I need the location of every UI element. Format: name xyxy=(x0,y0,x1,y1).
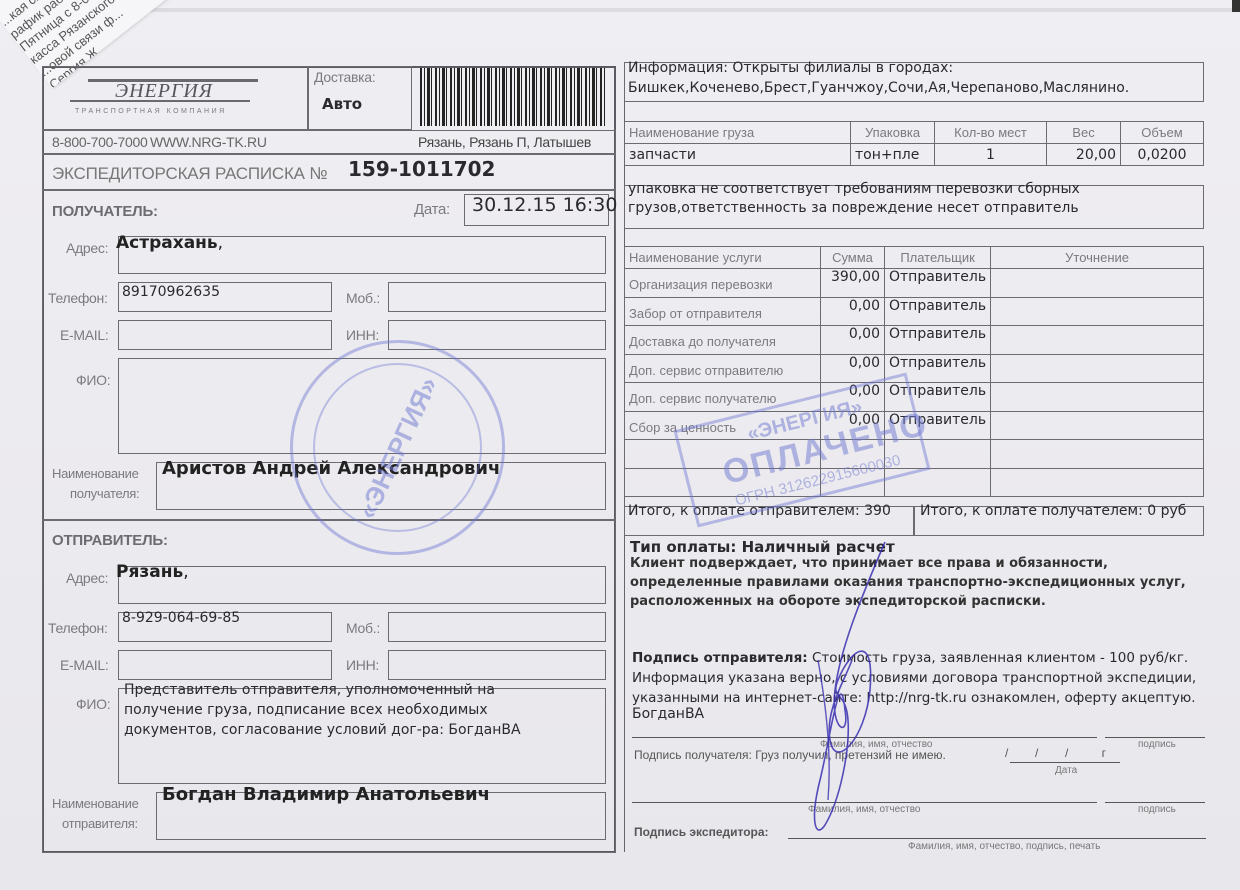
scan-corner xyxy=(1232,0,1240,12)
recipient-name-label-1: Наименование xyxy=(52,466,139,481)
table-row: Забор от отправителя0,00Отправитель xyxy=(625,297,1204,326)
page-edge xyxy=(0,8,1240,12)
services-col-note: Уточнение xyxy=(991,247,1204,269)
logo-subtitle: ТРАНСПОРТНАЯ КОМПАНИЯ xyxy=(75,108,227,115)
recipient-date-template: / / / г xyxy=(1005,746,1106,760)
recipient-sign-line xyxy=(1105,802,1205,803)
recipient-sign-caption: подпись xyxy=(1138,804,1176,815)
sender-phone-value: 8-929-064-69-85 xyxy=(122,610,240,626)
sender-sign-caption: подпись xyxy=(1138,739,1176,750)
handwritten-signature xyxy=(790,540,900,850)
total-recipient: Итого, к оплате получателем: 0 руб xyxy=(920,503,1202,519)
services-col-sum: Сумма xyxy=(821,247,885,269)
date-value: 30.12.15 16:30 xyxy=(472,194,617,216)
sender-email-field[interactable] xyxy=(118,650,332,680)
recipient-inn-label: ИНН: xyxy=(346,327,379,343)
forwarder-caption: Фамилия, имя, отчество, подпись, печать xyxy=(908,841,1100,852)
table-row: Организация перевозки390,00Отправитель xyxy=(625,269,1204,298)
recipient-name-label-2: получателя: xyxy=(70,486,139,501)
company-logo: ЭНЕРГИЯ ТРАНСПОРТНАЯ КОМПАНИЯ xyxy=(70,76,265,124)
round-stamp-text: «ЭНЕРГИЯ» xyxy=(351,372,444,524)
payment-terms: Клиент подверждает, что принимает все пр… xyxy=(630,554,1190,611)
services-header-row: Наименование услуги Сумма Плательщик Уто… xyxy=(625,247,1204,269)
sender-phone-label: Телефон: xyxy=(48,620,108,636)
services-col-name: Наименование услуги xyxy=(625,247,821,269)
sender-signature-block: Подпись отправителя: Стоимость груза, за… xyxy=(632,648,1202,708)
recipient-email-label: E-MAIL: xyxy=(60,327,108,343)
sender-inn-field[interactable] xyxy=(388,650,606,680)
barcode xyxy=(420,68,606,126)
sender-address-label: Адрес: xyxy=(66,570,108,586)
cargo-col-packaging: Упаковка xyxy=(851,122,935,144)
round-stamp: «ЭНЕРГИЯ» xyxy=(290,340,505,555)
recipient-email-field[interactable] xyxy=(118,320,332,350)
recipient-mobile-field[interactable] xyxy=(388,282,606,312)
date-label: Дата: xyxy=(414,201,450,218)
sender-name-label-1: Наименование xyxy=(52,796,139,811)
cargo-col-weight: Вес xyxy=(1047,122,1121,144)
delivery-label: Доставка: xyxy=(314,69,375,85)
recipient-address-label: Адрес: xyxy=(66,240,108,256)
route: Рязань, Рязань П, Латышев xyxy=(418,134,591,150)
forwarder-signature-label: Подпись экспедитора: xyxy=(634,825,769,839)
sender-address-value: Рязань, xyxy=(116,562,189,582)
cargo-col-places: Кол-во мест xyxy=(935,122,1047,144)
sender-signature-label: Подпись отправителя: xyxy=(632,650,808,666)
table-row: Доп. сервис отправителю0,00Отправитель xyxy=(625,354,1204,383)
sender-fio-label: ФИО: xyxy=(76,696,110,712)
receipt-title: ЭКСПЕДИТОРСКАЯ РАСПИСКА № xyxy=(52,164,327,184)
company-phone: 8-800-700-7000 xyxy=(52,134,147,150)
sender-title: ОТПРАВИТЕЛЬ: xyxy=(52,532,168,549)
sender-inn-label: ИНН: xyxy=(346,657,379,673)
sender-sign-line xyxy=(1105,737,1205,738)
sender-signature-name: БогданВА xyxy=(632,706,704,722)
sender-mobile-label: Моб.: xyxy=(346,620,380,636)
delivery-value: Авто xyxy=(322,95,362,113)
packaging-note: упаковка не соответствует требованиям пе… xyxy=(628,180,1148,218)
cargo-table: Наименование груза Упаковка Кол-во мест … xyxy=(624,121,1204,166)
sender-fio-value: Представитель отправителя, уполномоченны… xyxy=(124,680,534,740)
recipient-phone-label: Телефон: xyxy=(48,290,108,306)
cargo-col-name: Наименование груза xyxy=(625,122,851,144)
receipt-number: 159-1011702 xyxy=(348,157,495,181)
info-line-2: Бишкек,Коченево,Брест,Гуанчжоу,Сочи,Ая,Ч… xyxy=(628,80,1129,96)
recipient-fio-label: ФИО: xyxy=(76,372,110,388)
recipient-address-value: Астрахань, xyxy=(116,233,223,253)
table-row: Доставка до получателя0,00Отправитель xyxy=(625,326,1204,355)
company-website: WWW.NRG-TK.RU xyxy=(150,134,267,150)
recipient-mobile-label: Моб.: xyxy=(346,290,380,306)
sender-mobile-field[interactable] xyxy=(388,612,606,642)
recipient-date-line xyxy=(1010,762,1120,763)
recipient-phone-value: 89170962635 xyxy=(122,284,220,300)
cargo-col-volume: Объем xyxy=(1121,122,1204,144)
table-row: запчасти тон+пле 1 20,00 0,0200 xyxy=(625,144,1204,166)
sender-name-label-2: отправителя: xyxy=(62,816,138,831)
sender-name-value: Богдан Владимир Анатольевич xyxy=(162,784,490,805)
sender-address-field[interactable] xyxy=(118,566,606,604)
recipient-date-caption: Дата xyxy=(1055,765,1077,776)
cargo-header-row: Наименование груза Упаковка Кол-во мест … xyxy=(625,122,1204,144)
sender-email-label: E-MAIL: xyxy=(60,657,108,673)
services-col-payer: Плательщик xyxy=(885,247,991,269)
info-line-1: Информация: Открыты филиалы в городах: xyxy=(628,60,953,76)
recipient-title: ПОЛУЧАТЕЛЬ: xyxy=(52,203,158,220)
